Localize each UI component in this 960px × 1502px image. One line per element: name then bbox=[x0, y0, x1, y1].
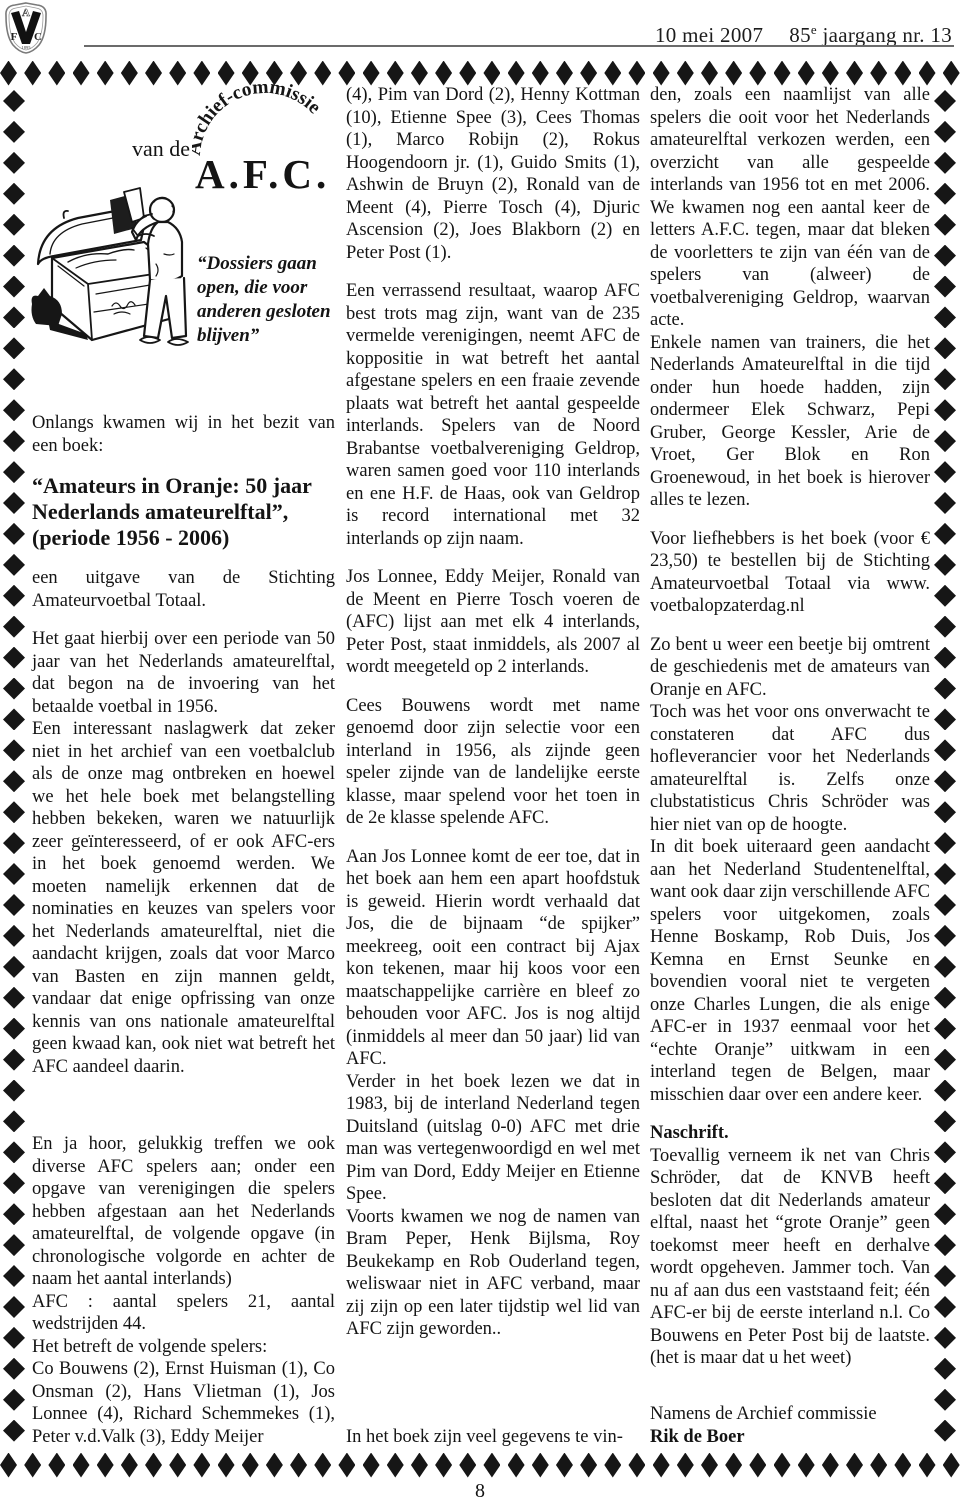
diamond-ornament bbox=[934, 90, 956, 112]
diamond-ornament bbox=[934, 708, 956, 730]
paragraph: In het boek zijn veel gegevens te vin- bbox=[346, 1426, 640, 1449]
diamond-border-top bbox=[0, 60, 960, 86]
diamond-ornament bbox=[3, 90, 25, 112]
diamond-ornament bbox=[934, 1389, 956, 1411]
diamond-ornament bbox=[934, 461, 956, 483]
diamond-ornament bbox=[145, 1453, 162, 1478]
diamond-ornament bbox=[145, 61, 162, 86]
diamond-ornament bbox=[3, 1018, 25, 1040]
paragraph: AFC : aantal spelers 21, aantal wedstrij… bbox=[32, 1291, 335, 1336]
column-middle: (4), Pim van Dord (2), Henny Kottman (10… bbox=[346, 84, 640, 1448]
diamond-ornament bbox=[934, 554, 956, 576]
diamond-ornament bbox=[3, 1049, 25, 1071]
paragraph: Verder in het boek lezen we dat in 1983,… bbox=[346, 1071, 640, 1206]
volume-number: 85 bbox=[789, 23, 811, 47]
diamond-ornament bbox=[3, 1234, 25, 1256]
diamond-ornament bbox=[121, 61, 138, 86]
diamond-ornament bbox=[934, 770, 956, 792]
masthead-art-block: van de Archief-commissie A.F.C. bbox=[32, 84, 335, 396]
diamond-ornament bbox=[3, 245, 25, 267]
diamond-ornament bbox=[411, 61, 428, 86]
diamond-ornament bbox=[919, 61, 936, 86]
diamond-ornament bbox=[3, 863, 25, 885]
diamond-ornament bbox=[701, 61, 718, 86]
diamond-ornament bbox=[3, 430, 25, 452]
diamond-ornament bbox=[532, 1453, 549, 1478]
diamond-ornament bbox=[3, 1358, 25, 1380]
paragraph: Namens de Archief commissie bbox=[650, 1403, 930, 1426]
diamond-ornament bbox=[934, 739, 956, 761]
diamond-ornament bbox=[121, 1453, 138, 1478]
diamond-ornament bbox=[3, 647, 25, 669]
diamond-ornament bbox=[934, 1018, 956, 1040]
diamond-ornament bbox=[97, 1453, 114, 1478]
diamond-ornament bbox=[934, 1358, 956, 1380]
paragraph: Cees Bouwens wordt met name genoemd door… bbox=[346, 695, 640, 830]
diamond-ornament bbox=[749, 1453, 766, 1478]
paragraph: Toevallig verneem ik net van Chris Schrö… bbox=[650, 1145, 930, 1370]
diamond-ornament bbox=[934, 678, 956, 700]
diamond-ornament bbox=[483, 1453, 500, 1478]
diamond-ornament bbox=[934, 801, 956, 823]
diamond-ornament bbox=[934, 894, 956, 916]
paragraph: den, zoals een naamlijst van alle speler… bbox=[650, 84, 930, 332]
diamond-ornament bbox=[934, 523, 956, 545]
diamond-ornament bbox=[934, 1327, 956, 1349]
signature-name: Rik de Boer bbox=[650, 1426, 930, 1449]
diamond-ornament bbox=[677, 1453, 694, 1478]
diamond-ornament bbox=[798, 61, 815, 86]
diamond-border-right bbox=[933, 90, 957, 1442]
diamond-ornament bbox=[934, 585, 956, 607]
afc-club-crest-logo: A F C 1895 bbox=[3, 2, 49, 54]
page-number: 8 bbox=[0, 1480, 960, 1502]
diamond-ornament bbox=[934, 306, 956, 328]
diamond-ornament bbox=[532, 61, 549, 86]
diamond-ornament bbox=[3, 214, 25, 236]
diamond-ornament bbox=[24, 1453, 41, 1478]
diamond-ornament bbox=[3, 399, 25, 421]
book-title-heading: “Amateurs in Oranje: 50 jaar Nederlands … bbox=[32, 473, 335, 551]
paragraph: (4), Pim van Dord (2), Henny Kottman (10… bbox=[346, 84, 640, 264]
diamond-ornament bbox=[934, 1296, 956, 1318]
diamond-ornament bbox=[934, 121, 956, 143]
logo-letter-f: F bbox=[11, 31, 18, 43]
diamond-ornament bbox=[934, 1080, 956, 1102]
diamond-ornament bbox=[934, 1141, 956, 1163]
diamond-ornament bbox=[934, 152, 956, 174]
diamond-ornament bbox=[3, 801, 25, 823]
diamond-ornament bbox=[3, 183, 25, 205]
diamond-ornament bbox=[3, 152, 25, 174]
diamond-ornament bbox=[774, 61, 791, 86]
diamond-ornament bbox=[218, 1453, 235, 1478]
diamond-ornament bbox=[846, 61, 863, 86]
diamond-ornament bbox=[934, 1172, 956, 1194]
diamond-ornament bbox=[934, 832, 956, 854]
paragraph: Zo bent u weer een beetje bij omtrent de… bbox=[650, 634, 930, 702]
paragraph: een uitgave van de Stichting Amateurvoet… bbox=[32, 567, 335, 612]
diamond-ornament bbox=[701, 1453, 718, 1478]
diamond-ornament bbox=[73, 61, 90, 86]
diamond-ornament bbox=[934, 183, 956, 205]
diamond-ornament bbox=[749, 61, 766, 86]
diamond-ornament bbox=[3, 1080, 25, 1102]
arc-title-text: Archief-commissie bbox=[192, 84, 325, 157]
diamond-ornament bbox=[919, 1453, 936, 1478]
paragraph: Het gaat hierbij over een periode van 50… bbox=[32, 628, 335, 718]
diamond-ornament bbox=[97, 61, 114, 86]
paragraph: Toch was het voor ons onverwacht te cons… bbox=[650, 701, 930, 836]
logo-letter-c: C bbox=[34, 31, 42, 43]
diamond-ornament bbox=[653, 1453, 670, 1478]
diamond-ornament bbox=[822, 61, 839, 86]
diamond-ornament bbox=[556, 1453, 573, 1478]
paragraph: Een verrassend resultaat, waarop AFC bes… bbox=[346, 280, 640, 550]
diamond-ornament bbox=[934, 616, 956, 638]
diamond-ornament bbox=[3, 1265, 25, 1287]
diamond-ornament bbox=[943, 1453, 960, 1478]
diamond-ornament bbox=[3, 585, 25, 607]
diamond-ornament bbox=[3, 770, 25, 792]
diamond-border-left bbox=[2, 90, 26, 1442]
diamond-ornament bbox=[459, 1453, 476, 1478]
diamond-ornament bbox=[3, 276, 25, 298]
diamond-ornament bbox=[3, 306, 25, 328]
diamond-ornament bbox=[508, 1453, 525, 1478]
diamond-ornament bbox=[508, 61, 525, 86]
diamond-ornament bbox=[3, 925, 25, 947]
diamond-ornament bbox=[3, 523, 25, 545]
org-title: A.F.C. bbox=[195, 150, 330, 198]
diamond-ornament bbox=[628, 1453, 645, 1478]
newsletter-page: A F C 1895 10 mei 200785e jaargang nr. 1… bbox=[0, 0, 960, 1502]
diamond-ornament bbox=[894, 1453, 911, 1478]
diamond-ornament bbox=[0, 1453, 17, 1478]
diamond-ornament bbox=[556, 61, 573, 86]
diamond-ornament bbox=[3, 1141, 25, 1163]
diamond-ornament bbox=[193, 61, 210, 86]
diamond-ornament bbox=[604, 1453, 621, 1478]
paragraph: Voor liefhebbers is het boek (voor € 23,… bbox=[650, 528, 930, 618]
diamond-ornament bbox=[3, 894, 25, 916]
diamond-ornament bbox=[459, 61, 476, 86]
diamond-ornament bbox=[934, 956, 956, 978]
diamond-ornament bbox=[3, 708, 25, 730]
diamond-ornament bbox=[3, 1110, 25, 1132]
diamond-ornament bbox=[387, 61, 404, 86]
diamond-ornament bbox=[24, 61, 41, 86]
diamond-ornament bbox=[3, 739, 25, 761]
diamond-ornament bbox=[3, 616, 25, 638]
masthead-quote: “Dossiers gaan open, die voor anderen ge… bbox=[197, 252, 339, 348]
diamond-ornament bbox=[943, 61, 960, 86]
diamond-ornament bbox=[822, 1453, 839, 1478]
svg-text:Archief-commissie: Archief-commissie bbox=[192, 84, 325, 157]
diamond-ornament bbox=[3, 987, 25, 1009]
paragraph: Een interessant naslagwerk dat zeker nie… bbox=[32, 718, 335, 1078]
paragraph: Het betreft de volgende spelers: bbox=[32, 1336, 335, 1359]
paragraph: Onlangs kwamen wij in het bezit van een … bbox=[32, 412, 335, 457]
issue-date: 10 mei 2007 bbox=[655, 23, 763, 47]
diamond-ornament bbox=[363, 1453, 380, 1478]
diamond-ornament bbox=[242, 61, 259, 86]
paragraph: Co Bouwens (2), Ernst Huisman (1), Co On… bbox=[32, 1358, 335, 1448]
header-rule bbox=[84, 45, 954, 47]
diamond-ornament bbox=[411, 1453, 428, 1478]
paragraph: Jos Lonnee, Eddy Meijer, Ronald van de M… bbox=[346, 566, 640, 679]
diamond-ornament bbox=[894, 61, 911, 86]
diamond-ornament bbox=[48, 61, 65, 86]
diamond-border-bottom bbox=[0, 1452, 960, 1478]
diamond-ornament bbox=[3, 368, 25, 390]
diamond-ornament bbox=[3, 1296, 25, 1318]
diamond-ornament bbox=[846, 1453, 863, 1478]
diamond-ornament bbox=[3, 337, 25, 359]
diamond-ornament bbox=[580, 61, 597, 86]
masthead-prefix: van de bbox=[132, 136, 190, 162]
diamond-ornament bbox=[3, 1172, 25, 1194]
diamond-ornament bbox=[870, 1453, 887, 1478]
diamond-ornament bbox=[338, 61, 355, 86]
logo-letter-a: A bbox=[22, 7, 30, 19]
paragraph: Voorts kwamen we nog de namen van Bram P… bbox=[346, 1206, 640, 1341]
diamond-ornament bbox=[218, 61, 235, 86]
diamond-ornament bbox=[677, 61, 694, 86]
diamond-ornament bbox=[290, 61, 307, 86]
diamond-ornament bbox=[934, 1420, 956, 1442]
diamond-ornament bbox=[387, 1453, 404, 1478]
diamond-ornament bbox=[314, 1453, 331, 1478]
diamond-ornament bbox=[3, 461, 25, 483]
diamond-ornament bbox=[169, 61, 186, 86]
paragraph: En ja hoor, gelukkig treffen we ook dive… bbox=[32, 1133, 335, 1291]
diamond-ornament bbox=[934, 337, 956, 359]
diamond-ornament bbox=[798, 1453, 815, 1478]
diamond-ornament bbox=[934, 368, 956, 390]
diamond-ornament bbox=[3, 956, 25, 978]
logo-year: 1895 bbox=[22, 45, 32, 50]
diamond-ornament bbox=[169, 1453, 186, 1478]
diamond-ornament bbox=[3, 1420, 25, 1442]
diamond-ornament bbox=[934, 430, 956, 452]
naschrift-heading: Naschrift. bbox=[650, 1122, 930, 1145]
diamond-ornament bbox=[725, 1453, 742, 1478]
diamond-ornament bbox=[266, 61, 283, 86]
diamond-ornament bbox=[3, 1389, 25, 1411]
diamond-ornament bbox=[193, 1453, 210, 1478]
diamond-ornament bbox=[934, 1203, 956, 1225]
diamond-ornament bbox=[3, 678, 25, 700]
diamond-ornament bbox=[934, 1234, 956, 1256]
paragraph: In dit boek uiteraard geen aandacht aan … bbox=[650, 836, 930, 1106]
diamond-ornament bbox=[934, 399, 956, 421]
diamond-ornament bbox=[934, 1265, 956, 1287]
diamond-ornament bbox=[48, 1453, 65, 1478]
paragraph: Enkele namen van trainers, die het Neder… bbox=[650, 332, 930, 512]
paragraph: Aan Jos Lonnee komt de eer toe, dat in h… bbox=[346, 846, 640, 1071]
diamond-ornament bbox=[774, 1453, 791, 1478]
diamond-ornament bbox=[870, 61, 887, 86]
diamond-ornament bbox=[3, 121, 25, 143]
diamond-ornament bbox=[3, 492, 25, 514]
archive-trunk-illustration bbox=[28, 184, 200, 362]
diamond-ornament bbox=[3, 832, 25, 854]
diamond-ornament bbox=[653, 61, 670, 86]
diamond-ornament bbox=[934, 214, 956, 236]
diamond-ornament bbox=[934, 276, 956, 298]
diamond-ornament bbox=[934, 1049, 956, 1071]
diamond-ornament bbox=[435, 61, 452, 86]
diamond-ornament bbox=[483, 61, 500, 86]
diamond-ornament bbox=[338, 1453, 355, 1478]
diamond-ornament bbox=[73, 1453, 90, 1478]
diamond-ornament bbox=[435, 1453, 452, 1478]
diamond-ornament bbox=[580, 1453, 597, 1478]
diamond-ornament bbox=[0, 61, 17, 86]
diamond-ornament bbox=[314, 61, 331, 86]
volume-rest: jaargang nr. 13 bbox=[817, 23, 952, 47]
diamond-ornament bbox=[266, 1453, 283, 1478]
diamond-ornament bbox=[934, 647, 956, 669]
diamond-ornament bbox=[3, 1203, 25, 1225]
diamond-ornament bbox=[934, 987, 956, 1009]
diamond-ornament bbox=[934, 925, 956, 947]
diamond-ornament bbox=[290, 1453, 307, 1478]
diamond-ornament bbox=[628, 61, 645, 86]
diamond-ornament bbox=[242, 1453, 259, 1478]
diamond-ornament bbox=[3, 1327, 25, 1349]
diamond-ornament bbox=[363, 61, 380, 86]
diamond-ornament bbox=[934, 492, 956, 514]
diamond-ornament bbox=[934, 863, 956, 885]
diamond-ornament bbox=[934, 245, 956, 267]
column-right: den, zoals een naamlijst van alle speler… bbox=[650, 84, 930, 1448]
diamond-ornament bbox=[3, 554, 25, 576]
column-left: van de Archief-commissie A.F.C. bbox=[32, 84, 335, 1448]
diamond-ornament bbox=[725, 61, 742, 86]
diamond-ornament bbox=[604, 61, 621, 86]
diamond-ornament bbox=[934, 1110, 956, 1132]
